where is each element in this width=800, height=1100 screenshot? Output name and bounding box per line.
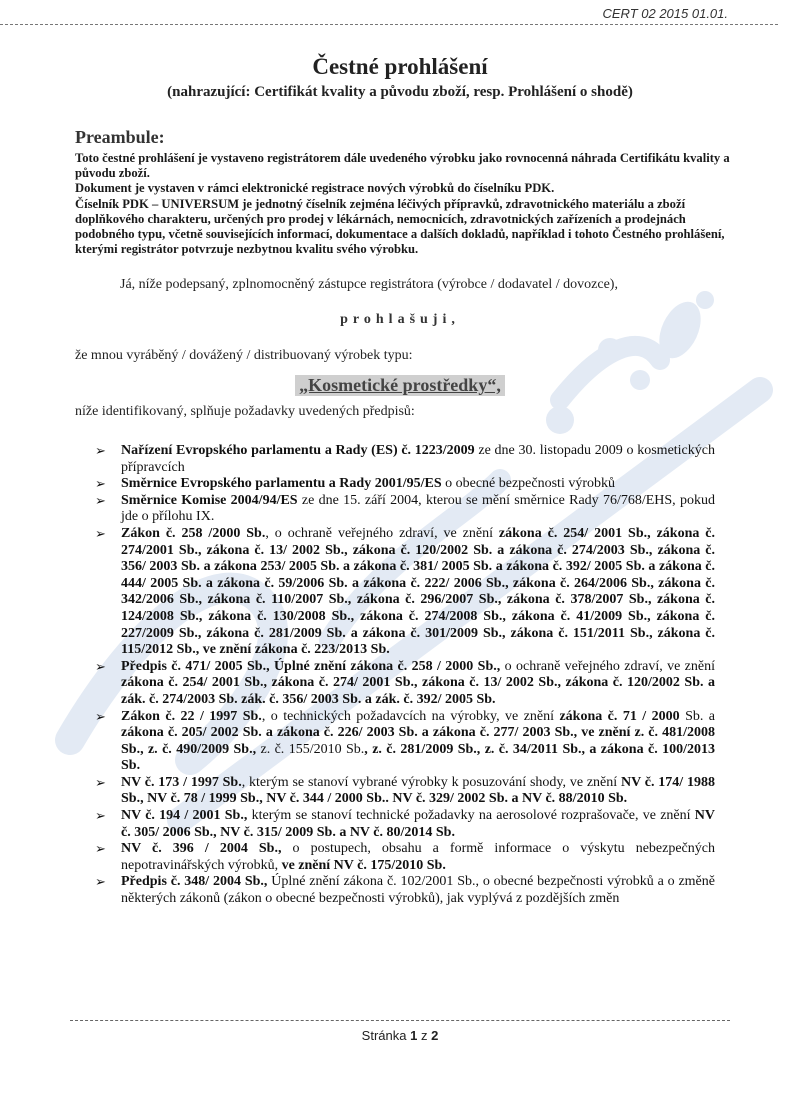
page-total: 2: [431, 1028, 438, 1043]
regulation-item: ➢Směrnice Komise 2004/94/ES ze dne 15. z…: [95, 493, 715, 526]
arrowhead-bullet-icon: ➢: [95, 808, 106, 825]
header-divider: [0, 24, 778, 25]
arrowhead-bullet-icon: ➢: [95, 443, 106, 460]
regulation-text: z. č. 155/2010 Sb.: [256, 742, 364, 757]
regulation-text: kterým se stanoví technické požadavky na…: [247, 808, 694, 823]
regulation-reference: Předpis č. 471/ 2005 Sb., Úplné znění zá…: [121, 659, 500, 674]
regulation-reference: NV č. 396 / 2004 Sb.,: [121, 841, 281, 856]
regulation-reference: zákona č. 254/ 2001 Sb., zákona č. 274/ …: [121, 675, 715, 707]
regulation-item: ➢NV č. 396 / 2004 Sb., o postupech, obsa…: [95, 841, 715, 874]
regulation-reference: Zákon č. 22 / 1997 Sb.: [121, 709, 262, 724]
arrowhead-bullet-icon: ➢: [95, 526, 106, 543]
page-current: 1: [410, 1028, 417, 1043]
regulation-text: , kterým se stanoví vybrané výrobky k po…: [242, 775, 621, 790]
regulation-reference: Směrnice Komise 2004/94/ES: [121, 493, 298, 508]
regulation-reference: NV č. 173 / 1997 Sb.: [121, 775, 242, 790]
regulation-item: ➢Předpis č. 471/ 2005 Sb., Úplné znění z…: [95, 659, 715, 709]
preamble-paragraph: Číselník PDK – UNIVERSUM je jednotný čís…: [75, 197, 735, 258]
page-separator: z: [421, 1028, 428, 1043]
page-label: Stránka: [362, 1028, 407, 1043]
arrowhead-bullet-icon: ➢: [95, 493, 106, 510]
regulation-reference: Nařízení Evropského parlamentu a Rady (E…: [121, 443, 475, 458]
product-type: „Kosmetické prostředky“,: [0, 375, 800, 396]
page-number: Stránka 1 z 2: [0, 1028, 800, 1043]
regulation-text: , o technických požadavcích na výrobky, …: [262, 709, 560, 724]
arrowhead-bullet-icon: ➢: [95, 476, 106, 493]
arrowhead-bullet-icon: ➢: [95, 709, 106, 726]
regulation-reference: zákona č. 254/ 2001 Sb., zákona č. 274/2…: [121, 526, 715, 657]
regulation-text: o ochraně veřejného zdraví, ve znění: [500, 659, 715, 674]
regulation-reference: ve znění NV č. 175/2010 Sb.: [282, 858, 446, 873]
declarant-statement: Já, níže podepsaný, zplnomocněný zástupc…: [120, 277, 618, 293]
regulation-reference: Směrnice Evropského parlamentu a Rady 20…: [121, 476, 442, 491]
regulation-reference: NV č. 194 / 2001 Sb.,: [121, 808, 247, 823]
footer-divider: [70, 1020, 730, 1021]
arrowhead-bullet-icon: ➢: [95, 659, 106, 676]
regulation-item: ➢Zákon č. 258 /2000 Sb., o ochraně veřej…: [95, 526, 715, 659]
document-code: CERT 02 2015 01.01.: [602, 6, 728, 21]
preamble-paragraph: Toto čestné prohlášení je vystaveno regi…: [75, 151, 735, 181]
regulation-list: ➢Nařízení Evropského parlamentu a Rady (…: [95, 443, 715, 908]
regulation-item: ➢Nařízení Evropského parlamentu a Rady (…: [95, 443, 715, 476]
regulation-reference: Zákon č. 258 /2000 Sb.: [121, 526, 265, 541]
regulation-item: ➢Předpis č. 348/ 2004 Sb., Úplné znění z…: [95, 874, 715, 907]
regulation-reference: Předpis č. 348/ 2004 Sb.,: [121, 874, 267, 889]
document-subtitle: (nahrazující: Certifikát kvality a původ…: [0, 84, 800, 101]
product-outro: níže identifikovaný, splňuje požadavky u…: [75, 404, 415, 420]
declare-word: prohlašuji,: [0, 312, 800, 328]
document-title: Čestné prohlášení: [0, 54, 800, 80]
regulation-text: , o ochraně veřejného zdraví, ve znění: [265, 526, 499, 541]
regulation-text: o obecné bezpečnosti výrobků: [442, 476, 615, 491]
preamble-text: Toto čestné prohlášení je vystaveno regi…: [75, 151, 735, 257]
regulation-item: ➢NV č. 194 / 2001 Sb., kterým se stanoví…: [95, 808, 715, 841]
arrowhead-bullet-icon: ➢: [95, 841, 106, 858]
product-type-label: „Kosmetické prostředky“,: [295, 375, 505, 396]
arrowhead-bullet-icon: ➢: [95, 874, 106, 891]
regulation-text: Sb. a: [680, 709, 715, 724]
regulation-item: ➢Zákon č. 22 / 1997 Sb., o technických p…: [95, 709, 715, 775]
preamble-paragraph: Dokument je vystaven v rámci elektronick…: [75, 181, 735, 196]
regulation-item: ➢NV č. 173 / 1997 Sb., kterým se stanoví…: [95, 775, 715, 808]
preamble-heading: Preambule:: [75, 127, 165, 148]
arrowhead-bullet-icon: ➢: [95, 775, 106, 792]
product-intro: že mnou vyráběný / dovážený / distribuov…: [75, 348, 412, 364]
regulation-reference: zákona č. 71 / 2000: [559, 709, 679, 724]
regulation-item: ➢Směrnice Evropského parlamentu a Rady 2…: [95, 476, 715, 493]
